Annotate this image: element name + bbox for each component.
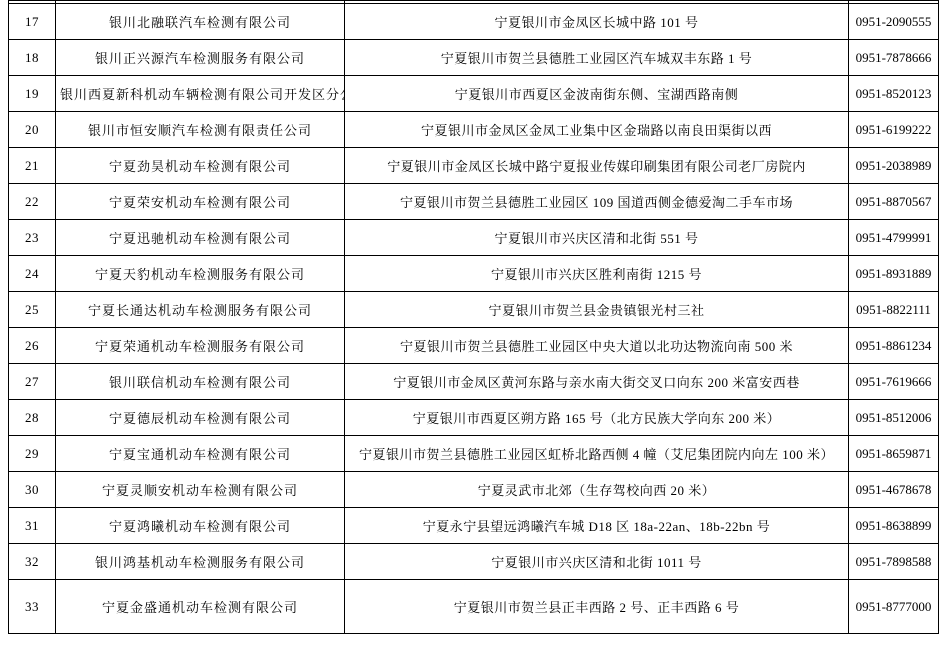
table-row: 26 宁夏荣通机动车检测服务有限公司 宁夏银川市贺兰县德胜工业园区中央大道以北功…: [9, 328, 939, 364]
phone-cell: 0951-7619666: [849, 364, 939, 400]
company-name-cell: 宁夏长通达机动车检测服务有限公司: [56, 292, 345, 328]
row-number-cell: 23: [9, 220, 56, 256]
row-number-cell: 19: [9, 76, 56, 112]
address-cell: 宁夏银川市西夏区朔方路 165 号（北方民族大学向东 200 米）: [345, 400, 849, 436]
phone-cell: 0951-8520123: [849, 76, 939, 112]
phone-cell: 0951-8777000: [849, 580, 939, 634]
row-number-cell: 24: [9, 256, 56, 292]
table-row: 32 银川鸿基机动车检测服务有限公司 宁夏银川市兴庆区清和北街 1011 号 0…: [9, 544, 939, 580]
address-cell: 宁夏银川市兴庆区清和北街 1011 号: [345, 544, 849, 580]
phone-cell: 0951-8659871: [849, 436, 939, 472]
address-cell: 宁夏银川市兴庆区清和北街 551 号: [345, 220, 849, 256]
row-number-cell: 25: [9, 292, 56, 328]
address-cell: 宁夏灵武市北郊（生存驾校向西 20 米）: [345, 472, 849, 508]
table-row: 29 宁夏宝通机动车检测有限公司 宁夏银川市贺兰县德胜工业园区虹桥北路西侧 4 …: [9, 436, 939, 472]
company-name-cell: 宁夏劲昊机动车检测有限公司: [56, 148, 345, 184]
phone-cell: 0951-8861234: [849, 328, 939, 364]
table-row: 22 宁夏荣安机动车检测有限公司 宁夏银川市贺兰县德胜工业园区 109 国道西侧…: [9, 184, 939, 220]
phone-cell: 0951-4799991: [849, 220, 939, 256]
company-name-cell: 宁夏金盛通机动车检测有限公司: [56, 580, 345, 634]
company-name-cell: 银川市恒安顺汽车检测有限责任公司: [56, 112, 345, 148]
phone-cell: 0951-8638899: [849, 508, 939, 544]
phone-cell: 0951-2090555: [849, 4, 939, 40]
table-row: 27 银川联信机动车检测有限公司 宁夏银川市金凤区黄河东路与亲水南大街交叉口向东…: [9, 364, 939, 400]
table-body: 17 银川北融联汽车检测有限公司 宁夏银川市金凤区长城中路 101 号 0951…: [9, 1, 939, 634]
address-cell: 宁夏银川市贺兰县德胜工业园区虹桥北路西侧 4 幢（艾尼集团院内向左 100 米）: [345, 436, 849, 472]
row-number-cell: 33: [9, 580, 56, 634]
row-number-cell: 21: [9, 148, 56, 184]
company-name-cell: 宁夏迅驰机动车检测有限公司: [56, 220, 345, 256]
inspection-stations-table: 17 银川北融联汽车检测有限公司 宁夏银川市金凤区长城中路 101 号 0951…: [8, 0, 939, 634]
table-row: 19 银川西夏新科机动车辆检测有限公司开发区分公司 宁夏银川市西夏区金波南街东侧…: [9, 76, 939, 112]
table-row: 21 宁夏劲昊机动车检测有限公司 宁夏银川市金凤区长城中路宁夏报业传媒印刷集团有…: [9, 148, 939, 184]
phone-cell: 0951-8931889: [849, 256, 939, 292]
company-name-cell: 宁夏荣安机动车检测有限公司: [56, 184, 345, 220]
address-cell: 宁夏永宁县望远鸿曦汽车城 D18 区 18a-22an、18b-22bn 号: [345, 508, 849, 544]
page: 17 银川北融联汽车检测有限公司 宁夏银川市金凤区长城中路 101 号 0951…: [0, 0, 951, 653]
phone-cell: 0951-2038989: [849, 148, 939, 184]
address-cell: 宁夏银川市贺兰县正丰西路 2 号、正丰西路 6 号: [345, 580, 849, 634]
address-cell: 宁夏银川市贺兰县金贵镇银光村三社: [345, 292, 849, 328]
table-row: 24 宁夏天豹机动车检测服务有限公司 宁夏银川市兴庆区胜利南街 1215 号 0…: [9, 256, 939, 292]
company-name-cell: 银川正兴源汽车检测服务有限公司: [56, 40, 345, 76]
company-name-cell: 宁夏鸿曦机动车检测有限公司: [56, 508, 345, 544]
table-row: 28 宁夏德辰机动车检测有限公司 宁夏银川市西夏区朔方路 165 号（北方民族大…: [9, 400, 939, 436]
company-name-cell: 银川北融联汽车检测有限公司: [56, 4, 345, 40]
table-row: 17 银川北融联汽车检测有限公司 宁夏银川市金凤区长城中路 101 号 0951…: [9, 4, 939, 40]
table-row: 23 宁夏迅驰机动车检测有限公司 宁夏银川市兴庆区清和北街 551 号 0951…: [9, 220, 939, 256]
phone-cell: 0951-7898588: [849, 544, 939, 580]
row-number-cell: 29: [9, 436, 56, 472]
company-name-cell: 银川鸿基机动车检测服务有限公司: [56, 544, 345, 580]
address-cell: 宁夏银川市金凤区长城中路 101 号: [345, 4, 849, 40]
table-row: 18 银川正兴源汽车检测服务有限公司 宁夏银川市贺兰县德胜工业园区汽车城双丰东路…: [9, 40, 939, 76]
row-number-cell: 28: [9, 400, 56, 436]
row-number-cell: 20: [9, 112, 56, 148]
address-cell: 宁夏银川市贺兰县德胜工业园区汽车城双丰东路 1 号: [345, 40, 849, 76]
table-row: 30 宁夏灵顺安机动车检测有限公司 宁夏灵武市北郊（生存驾校向西 20 米） 0…: [9, 472, 939, 508]
row-number-cell: 22: [9, 184, 56, 220]
address-cell: 宁夏银川市贺兰县德胜工业园区中央大道以北功达物流向南 500 米: [345, 328, 849, 364]
row-number-cell: 30: [9, 472, 56, 508]
company-name-cell: 宁夏灵顺安机动车检测有限公司: [56, 472, 345, 508]
address-cell: 宁夏银川市金凤区金凤工业集中区金瑞路以南良田渠街以西: [345, 112, 849, 148]
row-number-cell: 31: [9, 508, 56, 544]
address-cell: 宁夏银川市金凤区长城中路宁夏报业传媒印刷集团有限公司老厂房院内: [345, 148, 849, 184]
row-number-cell: 32: [9, 544, 56, 580]
company-name-cell: 银川联信机动车检测有限公司: [56, 364, 345, 400]
row-number-cell: 18: [9, 40, 56, 76]
address-cell: 宁夏银川市兴庆区胜利南街 1215 号: [345, 256, 849, 292]
table-row: 20 银川市恒安顺汽车检测有限责任公司 宁夏银川市金凤区金凤工业集中区金瑞路以南…: [9, 112, 939, 148]
phone-cell: 0951-8512006: [849, 400, 939, 436]
address-cell: 宁夏银川市西夏区金波南街东侧、宝湖西路南侧: [345, 76, 849, 112]
company-name-cell: 银川西夏新科机动车辆检测有限公司开发区分公司: [56, 76, 345, 112]
address-cell: 宁夏银川市贺兰县德胜工业园区 109 国道西侧金德爱淘二手车市场: [345, 184, 849, 220]
phone-cell: 0951-6199222: [849, 112, 939, 148]
phone-cell: 0951-4678678: [849, 472, 939, 508]
table-row: 25 宁夏长通达机动车检测服务有限公司 宁夏银川市贺兰县金贵镇银光村三社 095…: [9, 292, 939, 328]
table-row: 33 宁夏金盛通机动车检测有限公司 宁夏银川市贺兰县正丰西路 2 号、正丰西路 …: [9, 580, 939, 634]
row-number-cell: 27: [9, 364, 56, 400]
table-row: 31 宁夏鸿曦机动车检测有限公司 宁夏永宁县望远鸿曦汽车城 D18 区 18a-…: [9, 508, 939, 544]
phone-cell: 0951-8822111: [849, 292, 939, 328]
company-name-cell: 宁夏德辰机动车检测有限公司: [56, 400, 345, 436]
address-cell: 宁夏银川市金凤区黄河东路与亲水南大街交叉口向东 200 米富安西巷: [345, 364, 849, 400]
company-name-cell: 宁夏天豹机动车检测服务有限公司: [56, 256, 345, 292]
row-number-cell: 26: [9, 328, 56, 364]
row-number-cell: 17: [9, 4, 56, 40]
phone-cell: 0951-8870567: [849, 184, 939, 220]
company-name-cell: 宁夏宝通机动车检测有限公司: [56, 436, 345, 472]
phone-cell: 0951-7878666: [849, 40, 939, 76]
company-name-cell: 宁夏荣通机动车检测服务有限公司: [56, 328, 345, 364]
